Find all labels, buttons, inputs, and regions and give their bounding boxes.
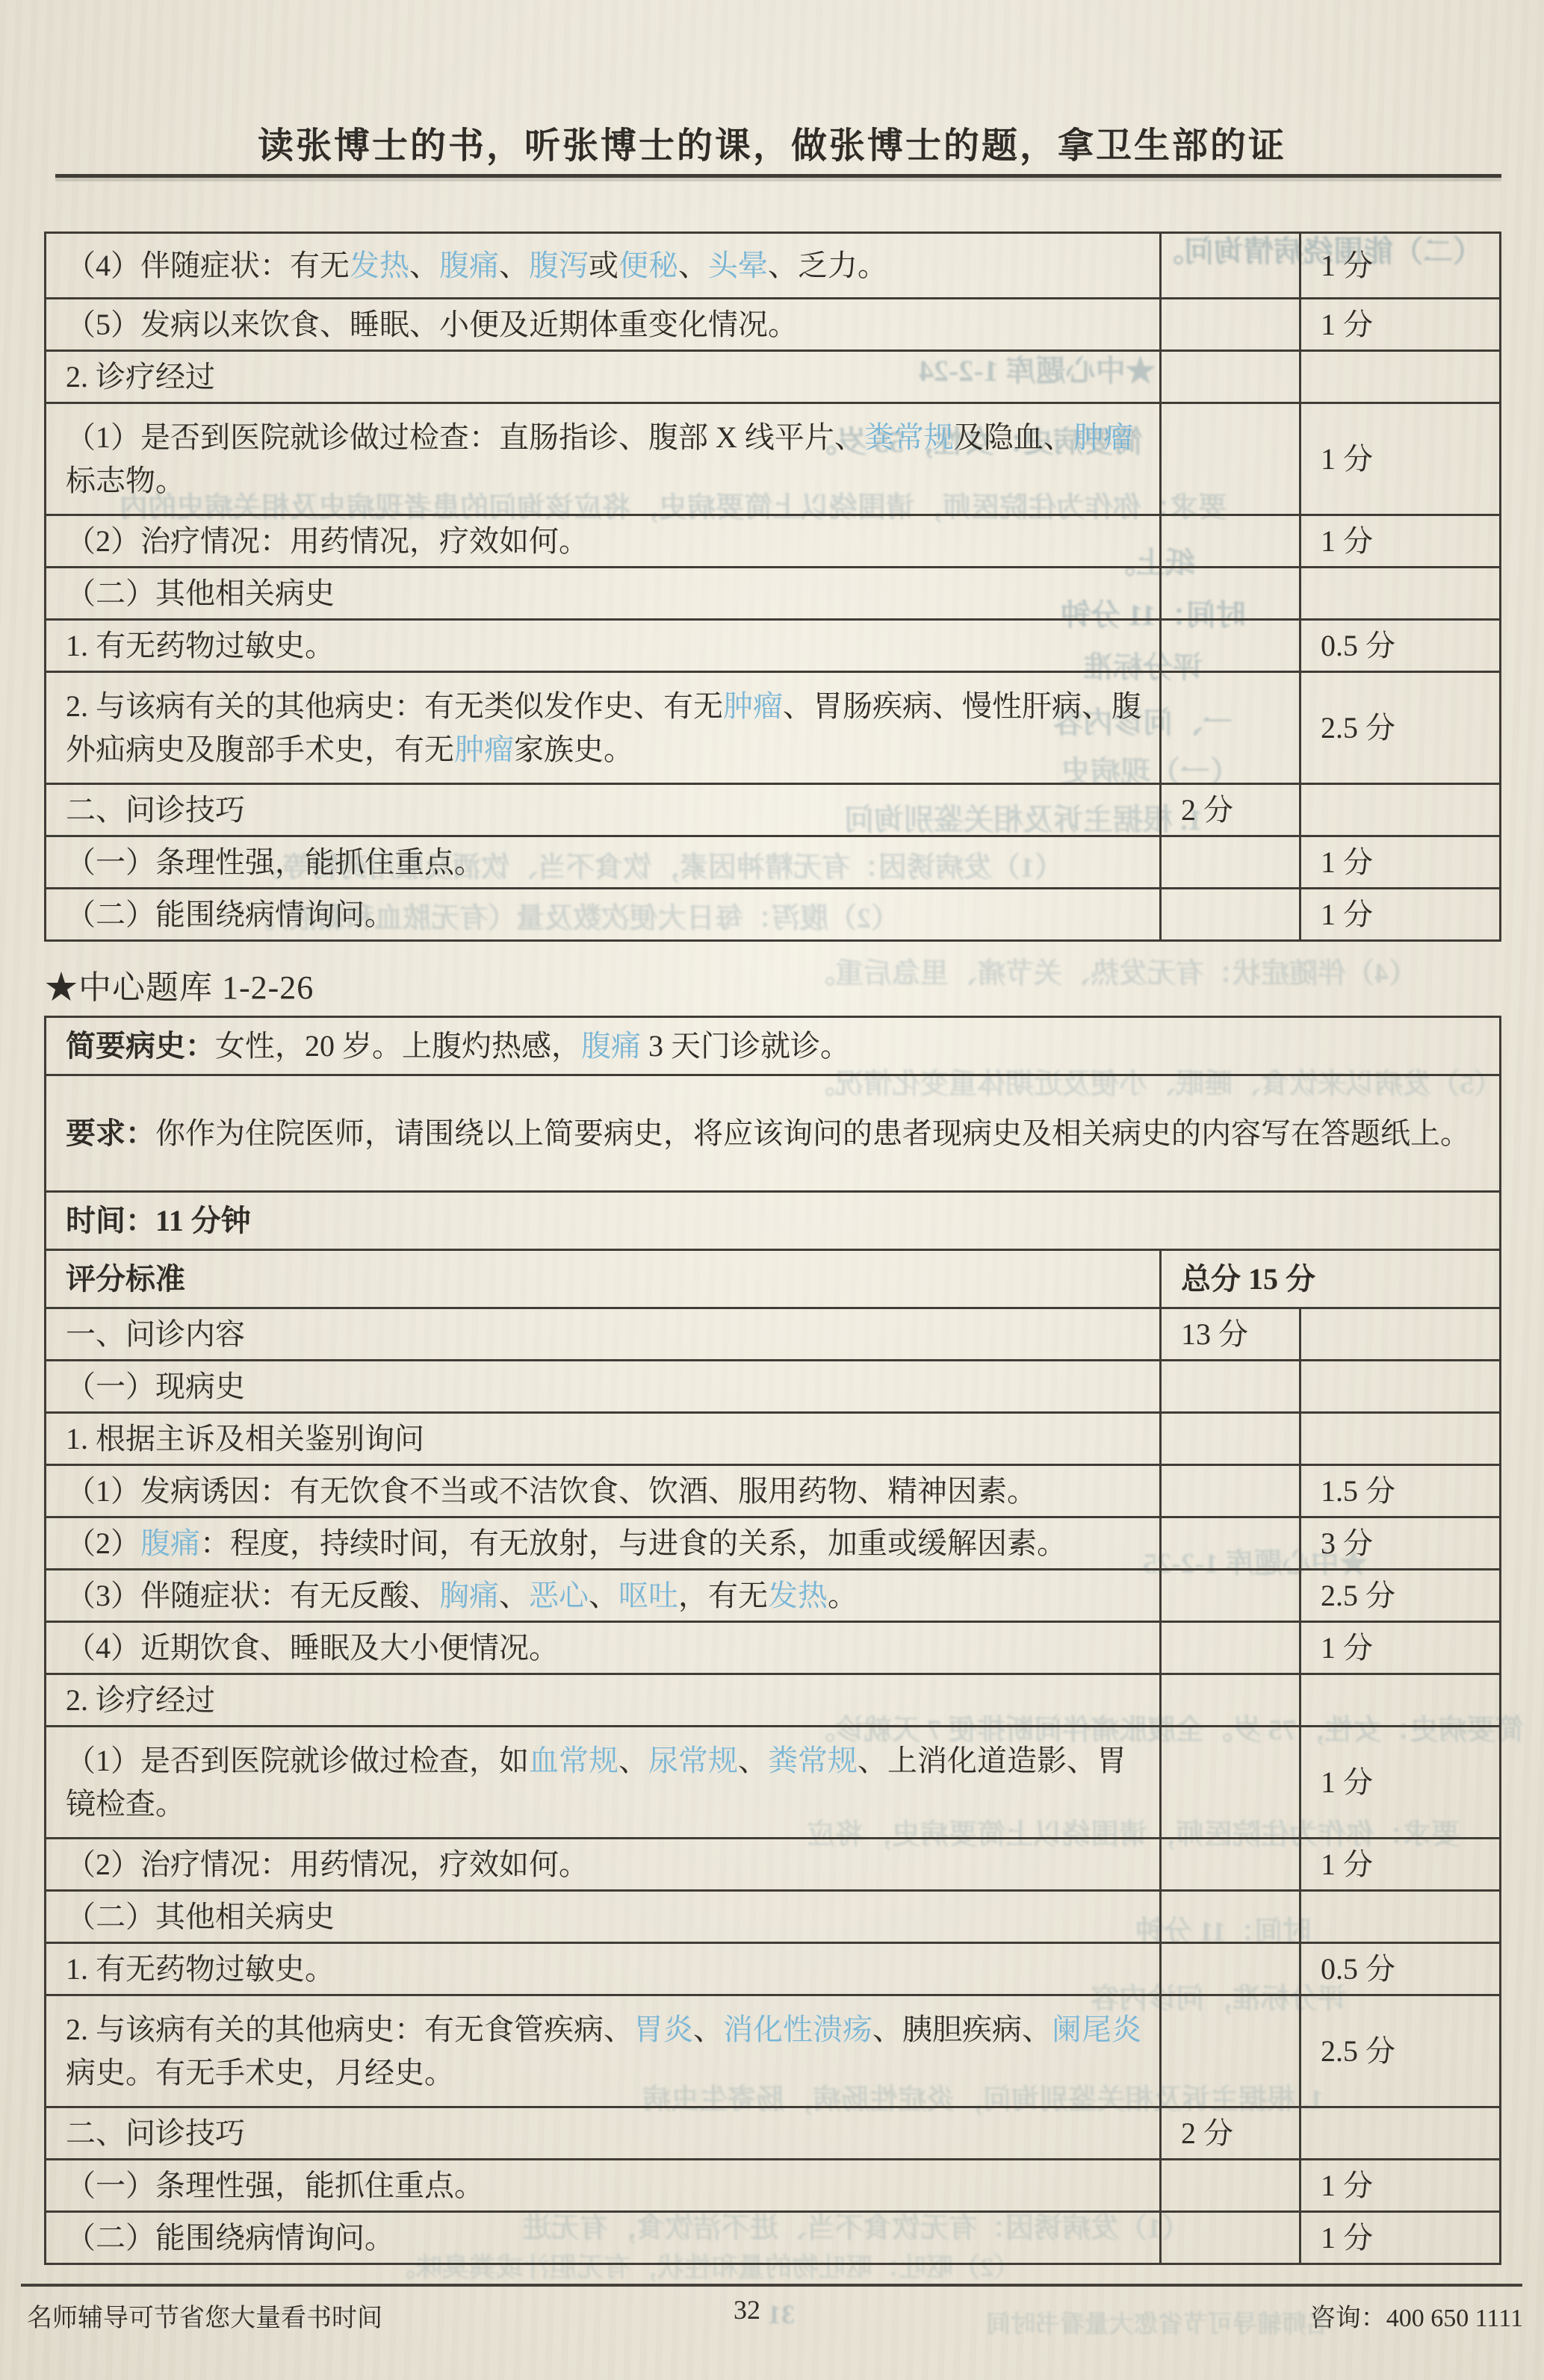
criteria-cell: 一、问诊内容 [46,1308,1161,1361]
score-table-row: 二、问诊技巧2 分 [46,784,1501,836]
item-score-cell: 2.5 分 [1300,672,1501,784]
section-score-cell [1161,515,1300,568]
text-segment: （4）近期饮食、睡眠及大小便情况。 [66,1631,559,1665]
score-table-row: 评分标准总分 15 分 [46,1250,1501,1308]
highlighted-term: 肿瘤 [454,733,514,766]
criteria-cell: （5）发病以来饮食、睡眠、小便及近期体重变化情况。 [46,299,1161,351]
section-score-cell [1161,1465,1300,1517]
highlighted-term: 胸痛 [439,1579,499,1612]
text-segment: 、乏力。 [768,249,887,282]
item-score-cell: 1 分 [1300,1727,1501,1839]
item-score-cell: 2.5 分 [1300,1995,1501,2107]
criteria-cell: 1. 有无药物过敏史。 [46,620,1161,672]
text-segment: 2. 与该病有关的其他病史：有无类似发作史、有无 [66,689,723,723]
criteria-cell: （2）腹痛：程度，持续时间，有无放射，与进食的关系，加重或缓解因素。 [46,1517,1161,1570]
text-segment: 二、问诊技巧 [66,2116,245,2150]
page-header-slogan: 读张博士的书，听张博士的课，做张博士的题，拿卫生部的证 [0,116,1544,168]
highlighted-term: 发热 [768,1579,828,1612]
item-score-cell [1300,784,1501,836]
section-score-cell [1161,233,1300,299]
section-score-cell [1161,1361,1300,1413]
score-table-row: （一）条理性强，能抓住重点。1 分 [46,2160,1501,2212]
text-segment: 、 [409,249,439,282]
criteria-cell: 2. 与该病有关的其他病史：有无食管疾病、胃炎、消化性溃疡、胰胆疾病、阑尾炎病史… [46,1995,1161,2107]
text-segment: 、 [693,2013,723,2046]
star-icon: ★ [45,969,78,1006]
section-score-cell [1161,620,1300,672]
score-table-row: （4）伴随症状：有无发热、腹痛、腹泻或便秘、头晕、乏力。1 分 [46,233,1501,299]
question-score-table: 简要病史：女性，20 岁。上腹灼热感，腹痛 3 天门诊就诊。要求：你作为住院医师… [44,1016,1501,2265]
criteria-cell: （2）治疗情况：用药情况，疗效如何。 [46,1839,1161,1891]
highlighted-term: 粪常规 [768,1744,858,1777]
text-segment: （二）其他相关病史 [66,577,335,610]
section-score-cell: 2 分 [1161,2107,1300,2160]
text-segment: 。 [828,1579,858,1612]
text-segment: 、 [499,1579,529,1612]
footer-contact: 咨询：400 650 1111 [1310,2297,1523,2334]
text-segment: 简要病史： [66,1029,215,1063]
text-segment: （5）发病以来饮食、睡眠、小便及近期体重变化情况。 [66,308,798,341]
criteria-cell: （1）是否到医院就诊做过检查，如血常规、尿常规、粪常规、上消化道造影、胃镜检查。 [46,1727,1161,1839]
criteria-cell: 简要病史：女性，20 岁。上腹灼热感，腹痛 3 天门诊就诊。 [46,1017,1501,1075]
text-segment: 一、问诊内容 [66,1317,245,1351]
score-table-row: （1）是否到医院就诊做过检查，如血常规、尿常规、粪常规、上消化道造影、胃镜检查。… [46,1727,1501,1839]
text-segment: （2）治疗情况：用药情况，疗效如何。 [66,1848,589,1881]
item-score-cell: 0.5 分 [1300,620,1501,672]
criteria-cell: （二）其他相关病史 [46,1891,1161,1943]
criteria-cell: （二）能围绕病情询问。 [46,2212,1161,2264]
section-score-cell: 13 分 [1161,1308,1300,1361]
score-table-row: 2. 与该病有关的其他病史：有无类似发作史、有无肿瘤、胃肠疾病、慢性肝病、腹外疝… [46,672,1501,784]
highlighted-term: 消化性溃疡 [723,2013,872,2046]
text-segment: 2. 诊疗经过 [66,360,215,394]
section-score-cell [1161,1727,1300,1839]
highlighted-term: 粪常规 [864,420,954,454]
text-segment: 二、问诊技巧 [66,793,245,827]
text-segment: 标志物。 [66,464,185,497]
section-score-cell [1161,1570,1300,1622]
score-table-row: 2. 诊疗经过 [46,1674,1501,1727]
criteria-cell: 要求：你作为住院医师，请围绕以上简要病史，将应该询问的患者现病史及相关病史的内容… [46,1075,1501,1192]
score-table-row: （2）治疗情况：用药情况，疗效如何。1 分 [46,1839,1501,1891]
text-segment: （一）条理性强，能抓住重点。 [66,2169,484,2202]
text-segment: （3）伴随症状：有无反酸、 [66,1579,439,1612]
item-score-cell: 1 分 [1300,403,1501,515]
score-table-row: （二）能围绕病情询问。1 分 [46,2212,1501,2264]
text-segment: 2. 诊疗经过 [66,1683,215,1717]
text-segment: 病史。有无手术史，月经史。 [66,2056,454,2090]
criteria-cell: （3）伴随症状：有无反酸、胸痛、恶心、呕吐，有无发热。 [46,1570,1161,1622]
score-table-row: （二）其他相关病史 [46,1891,1501,1943]
criteria-cell: （4）伴随症状：有无发热、腹痛、腹泻或便秘、头晕、乏力。 [46,233,1161,299]
item-score-cell: 1 分 [1300,2212,1501,2264]
text-segment: ：程度，持续时间，有无放射，与进食的关系，加重或缓解因素。 [200,1526,1067,1560]
section-score-cell [1161,889,1300,941]
criteria-cell: （一）现病史 [46,1361,1161,1413]
item-score-cell: 1.5 分 [1300,1465,1501,1517]
section-score-cell [1161,1943,1300,1995]
criteria-cell: （一）条理性强，能抓住重点。 [46,2160,1161,2212]
header-rule [55,174,1501,178]
item-score-cell: 1 分 [1300,1839,1501,1891]
score-table-row: 2. 诊疗经过 [46,351,1501,403]
score-table-row: （2）腹痛：程度，持续时间，有无放射，与进食的关系，加重或缓解因素。3 分 [46,1517,1501,1570]
criteria-cell: 时间：11 分钟 [46,1192,1501,1250]
item-score-cell: 1 分 [1300,2160,1501,2212]
score-table-row: （一）条理性强，能抓住重点。1 分 [46,836,1501,889]
section-score-cell [1161,1674,1300,1727]
section-score-cell [1161,299,1300,351]
item-score-cell [1300,1413,1501,1465]
highlighted-term: 发热 [350,249,409,282]
text-segment: 、 [618,1744,648,1777]
highlighted-term: 腹痛 [439,249,499,282]
section-score-cell [1161,1622,1300,1674]
highlighted-term: 阑尾炎 [1052,2013,1141,2046]
score-table-row: （5）发病以来饮食、睡眠、小便及近期体重变化情况。1 分 [46,299,1501,351]
previous-question-score-table: （4）伴随症状：有无发热、腹痛、腹泻或便秘、头晕、乏力。1 分（5）发病以来饮食… [44,232,1501,942]
text-segment: 1. 有无药物过敏史。 [66,1952,335,1986]
section-score-cell: 2 分 [1161,784,1300,836]
footer-slogan: 名师辅导可节省您大量看书时间 [27,2297,382,2334]
highlighted-term: 便秘 [618,249,678,282]
section-score-cell [1161,672,1300,784]
question-score-table-body: 简要病史：女性，20 岁。上腹灼热感，腹痛 3 天门诊就诊。要求：你作为住院医师… [46,1017,1501,2264]
score-table-row: 二、问诊技巧2 分 [46,2107,1501,2160]
text-segment: 时间：11 分钟 [66,1204,251,1237]
scanned-book-page: （二）能围绕病情询问。★中心题库 1-2-24简要病史：女性，55 岁。要求：你… [0,0,1544,2380]
page-content: 读张博士的书，听张博士的课，做张博士的题，拿卫生部的证 （4）伴随症状：有无发热… [0,0,1544,2380]
text-segment: （二）能围绕病情询问。 [66,2221,394,2255]
total-score-cell: 总分 15 分 [1161,1250,1501,1308]
section-score-cell [1161,2160,1300,2212]
section-score-cell [1161,1517,1300,1570]
item-score-cell: 1 分 [1300,889,1501,941]
item-score-cell: 1 分 [1300,233,1501,299]
question-bank-label: 中心题库 1-2-26 [78,969,314,1006]
section-score-cell [1161,403,1300,515]
question-bank-heading: ★中心题库 1-2-26 [45,960,314,1008]
criteria-cell: 评分标准 [46,1250,1161,1308]
text-segment: 2. 与该病有关的其他病史：有无食管疾病、 [66,2013,633,2046]
item-score-cell: 3 分 [1300,1517,1501,1570]
footer-rule [21,2284,1522,2287]
section-score-cell [1161,2212,1300,2264]
highlighted-term: 头晕 [708,249,768,282]
text-segment: 家族史。 [514,733,633,766]
text-segment: 3 天门诊就诊。 [641,1029,850,1063]
criteria-cell: 二、问诊技巧 [46,2107,1161,2160]
score-table-row: 1. 根据主诉及相关鉴别询问 [46,1413,1501,1465]
item-score-cell: 1 分 [1300,515,1501,568]
criteria-cell: （4）近期饮食、睡眠及大小便情况。 [46,1622,1161,1674]
highlighted-term: 呕吐 [618,1579,678,1612]
section-score-cell [1161,568,1300,620]
criteria-cell: 2. 诊疗经过 [46,1674,1161,1727]
criteria-cell: 二、问诊技巧 [46,784,1161,836]
criteria-cell: （二）能围绕病情询问。 [46,889,1161,941]
text-segment: 、 [499,249,529,282]
score-table-row: （1）发病诱因：有无饮食不当或不洁饮食、饮酒、服用药物、精神因素。1.5 分 [46,1465,1501,1517]
text-segment: （2） [66,1526,140,1560]
score-table-row: （4）近期饮食、睡眠及大小便情况。1 分 [46,1622,1501,1674]
text-segment: 你作为住院医师，请围绕以上简要病史，将应该询问的患者现病史及相关病史的内容写在答… [155,1116,1470,1150]
item-score-cell [1300,1674,1501,1727]
section-score-cell [1161,836,1300,889]
item-score-cell [1300,1308,1501,1361]
item-score-cell [1300,1891,1501,1943]
text-segment: 或 [589,249,618,282]
item-score-cell [1300,1361,1501,1413]
section-score-cell [1161,1839,1300,1891]
text-segment: （1）是否到医院就诊做过检查，如 [66,1744,529,1777]
score-table-row: （二）其他相关病史 [46,568,1501,620]
item-score-cell: 1 分 [1300,836,1501,889]
text-segment: 、胰胆疾病、 [872,2013,1052,2046]
text-segment: 1. 根据主诉及相关鉴别询问 [66,1422,424,1455]
highlighted-term: 血常规 [529,1744,618,1777]
item-score-cell: 0.5 分 [1300,1943,1501,1995]
text-segment: 及隐血、 [954,420,1073,454]
item-score-cell: 1 分 [1300,299,1501,351]
text-segment: 、 [589,1579,618,1612]
item-score-cell [1300,2107,1501,2160]
score-table-row: （3）伴随症状：有无反酸、胸痛、恶心、呕吐，有无发热。2.5 分 [46,1570,1501,1622]
text-segment: 要求： [66,1116,155,1150]
criteria-cell: （二）其他相关病史 [46,568,1161,620]
text-segment: （2）治疗情况：用药情况，疗效如何。 [66,524,589,558]
section-score-cell [1161,1413,1300,1465]
text-segment: （二）其他相关病史 [66,1900,335,1933]
criteria-cell: 2. 与该病有关的其他病史：有无类似发作史、有无肿瘤、胃肠疾病、慢性肝病、腹外疝… [46,672,1161,784]
section-score-cell [1161,351,1300,403]
text-segment: ，有无 [678,1579,768,1612]
text-segment: （一）条理性强，能抓住重点。 [66,845,484,879]
item-score-cell [1300,351,1501,403]
score-table-row: 1. 有无药物过敏史。0.5 分 [46,1943,1501,1995]
score-table-row: 简要病史：女性，20 岁。上腹灼热感，腹痛 3 天门诊就诊。 [46,1017,1501,1075]
criteria-cell: （一）条理性强，能抓住重点。 [46,836,1161,889]
highlighted-term: 腹痛 [140,1526,200,1560]
text-segment: 评分标准 [66,1262,185,1296]
criteria-cell: 1. 有无药物过敏史。 [46,1943,1161,1995]
previous-question-score-table-body: （4）伴随症状：有无发热、腹痛、腹泻或便秘、头晕、乏力。1 分（5）发病以来饮食… [46,233,1501,941]
text-segment: （4）伴随症状：有无 [66,249,350,282]
score-table-row: （一）现病史 [46,1361,1501,1413]
item-score-cell [1300,568,1501,620]
text-segment: （二）能围绕病情询问。 [66,898,394,931]
highlighted-term: 腹痛 [581,1029,641,1063]
score-table-row: 1. 有无药物过敏史。0.5 分 [46,620,1501,672]
highlighted-term: 尿常规 [648,1744,738,1777]
highlighted-term: 腹泻 [529,249,589,282]
text-segment: （1）发病诱因：有无饮食不当或不洁饮食、饮酒、服用药物、精神因素。 [66,1474,1037,1508]
page-number: 32 [702,2294,792,2325]
text-segment: 、 [738,1744,768,1777]
text-segment: 、 [678,249,708,282]
item-score-cell: 2.5 分 [1300,1570,1501,1622]
score-table-row: （2）治疗情况：用药情况，疗效如何。1 分 [46,515,1501,568]
highlighted-term: 肿瘤 [1073,420,1133,454]
criteria-cell: （1）发病诱因：有无饮食不当或不洁饮食、饮酒、服用药物、精神因素。 [46,1465,1161,1517]
score-table-row: （二）能围绕病情询问。1 分 [46,889,1501,941]
highlighted-term: 肿瘤 [723,689,783,723]
score-table-row: 要求：你作为住院医师，请围绕以上简要病史，将应该询问的患者现病史及相关病史的内容… [46,1075,1501,1192]
score-table-row: 一、问诊内容13 分 [46,1308,1501,1361]
criteria-cell: 2. 诊疗经过 [46,351,1161,403]
text-segment: （一）现病史 [66,1370,245,1403]
criteria-cell: （2）治疗情况：用药情况，疗效如何。 [46,515,1161,568]
score-table-row: （1）是否到医院就诊做过检查：直肠指诊、腹部 X 线平片、粪常规及隐血、肿瘤标志… [46,403,1501,515]
text-segment: 女性，20 岁。上腹灼热感， [215,1029,581,1063]
text-segment: （1）是否到医院就诊做过检查：直肠指诊、腹部 X 线平片、 [66,420,864,454]
section-score-cell [1161,1891,1300,1943]
highlighted-term: 胃炎 [633,2013,693,2046]
criteria-cell: （1）是否到医院就诊做过检查：直肠指诊、腹部 X 线平片、粪常规及隐血、肿瘤标志… [46,403,1161,515]
item-score-cell: 1 分 [1300,1622,1501,1674]
text-segment: 1. 有无药物过敏史。 [66,629,335,662]
criteria-cell: 1. 根据主诉及相关鉴别询问 [46,1413,1161,1465]
score-table-row: 时间：11 分钟 [46,1192,1501,1250]
section-score-cell [1161,1995,1300,2107]
score-table-row: 2. 与该病有关的其他病史：有无食管疾病、胃炎、消化性溃疡、胰胆疾病、阑尾炎病史… [46,1995,1501,2107]
highlighted-term: 恶心 [529,1579,589,1612]
